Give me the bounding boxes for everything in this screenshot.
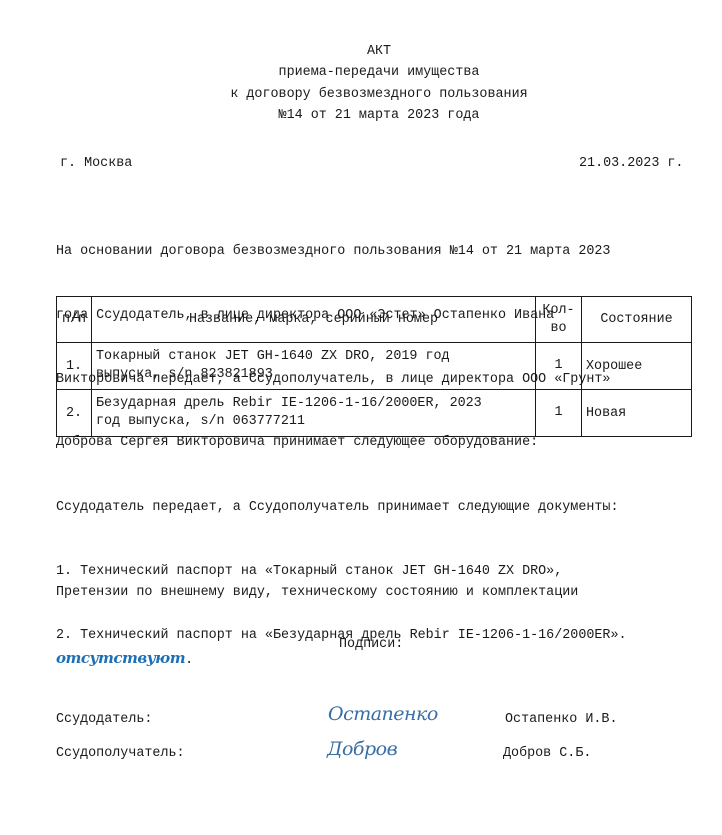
- documents-intro: Ссудодатель передает, а Ссудополучатель …: [56, 497, 696, 518]
- signatures-heading: Подписи:: [339, 634, 403, 656]
- header-qty: Кол- во: [536, 297, 582, 343]
- borrower-label: Ссудополучатель:: [56, 743, 185, 765]
- row-name-line-2: год выпуска, s/n 063777211: [96, 413, 531, 431]
- row-name-line-1: Токарный станок JET GH-1640 ZX DRO, 2019…: [96, 348, 531, 366]
- row-name-line-1: Безударная дрель Rebir IE-1206-1-16/2000…: [96, 395, 531, 413]
- document-title: АКТ: [0, 41, 722, 63]
- row-condition: Хорошее: [582, 343, 692, 390]
- document-subtitle-2: к договору безвозмездного пользования: [0, 84, 722, 106]
- table-row: 1. Токарный станок JET GH-1640 ZX DRO, 2…: [57, 343, 692, 390]
- row-num: 1.: [57, 343, 92, 390]
- borrower-name: Добров С.Б.: [503, 743, 591, 765]
- claims-section: Претензии по внешнему виду, техническому…: [56, 540, 696, 694]
- lender-name: Остапенко И.В.: [505, 709, 618, 731]
- header-qty-line-1: Кол-: [540, 302, 577, 320]
- row-name-line-2: выпуска, s/n 823821893: [96, 366, 531, 384]
- intro-line: На основании договора безвозмездного пол…: [56, 241, 696, 262]
- lender-signature: Остапенко: [328, 703, 438, 725]
- header-num: п/п: [57, 297, 92, 343]
- lender-label: Ссудодатель:: [56, 709, 152, 731]
- row-num: 2.: [57, 390, 92, 437]
- equipment-table: п/п Название, марка, серийный номер Кол-…: [56, 296, 692, 437]
- header-condition: Состояние: [582, 297, 692, 343]
- row-condition: Новая: [582, 390, 692, 437]
- date: 21.03.2023 г.: [579, 153, 683, 175]
- table-header-row: п/п Название, марка, серийный номер Кол-…: [57, 297, 692, 343]
- document-subtitle-1: приема-передачи имущества: [0, 62, 722, 84]
- header-qty-line-2: во: [540, 320, 577, 338]
- row-qty: 1: [536, 343, 582, 390]
- row-name: Безударная дрель Rebir IE-1206-1-16/2000…: [92, 390, 536, 437]
- row-qty: 1: [536, 390, 582, 437]
- claims-period: .: [185, 653, 193, 668]
- table-row: 2. Безударная дрель Rebir IE-1206-1-16/2…: [57, 390, 692, 437]
- city: г. Москва: [60, 153, 132, 175]
- header-name: Название, марка, серийный номер: [92, 297, 536, 343]
- claims-handwritten: отсутствуют: [56, 649, 185, 667]
- row-name: Токарный станок JET GH-1640 ZX DRO, 2019…: [92, 343, 536, 390]
- document-subtitle-3: №14 от 21 марта 2023 года: [0, 105, 722, 127]
- borrower-signature: Добров: [327, 738, 397, 760]
- claims-line: Претензии по внешнему виду, техническому…: [56, 582, 696, 603]
